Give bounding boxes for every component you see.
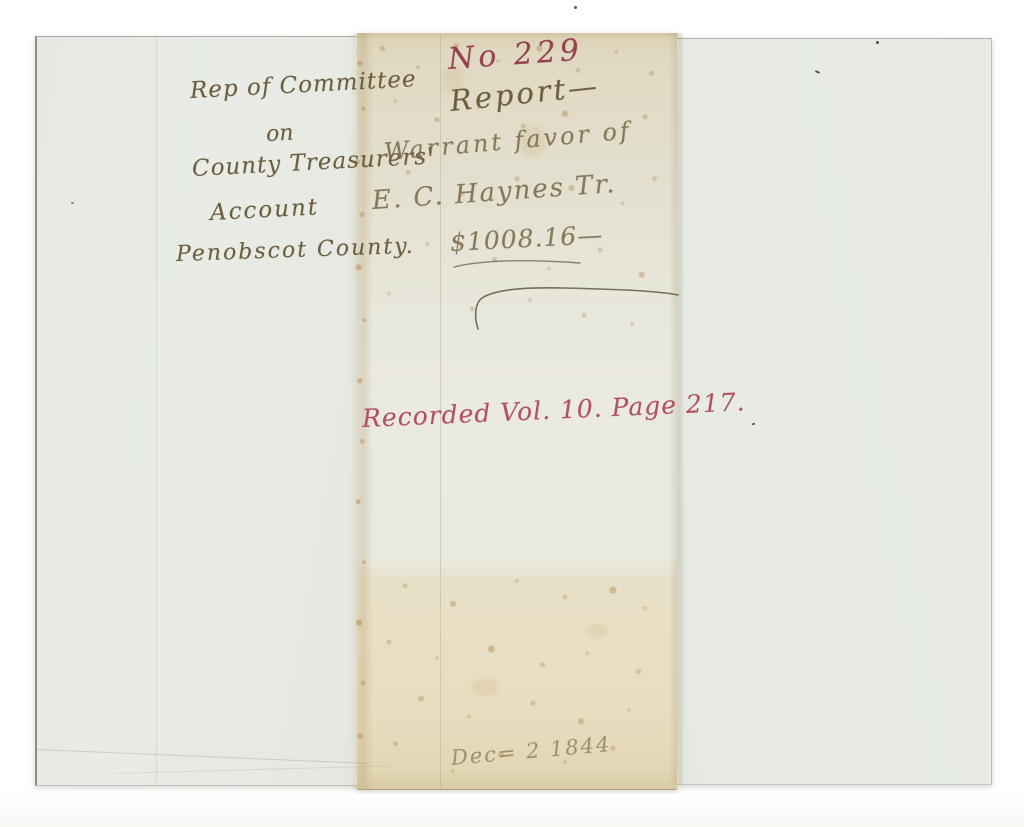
tally-checkmark xyxy=(468,276,686,332)
left-note-line-2: on xyxy=(265,121,294,147)
ink-speck xyxy=(876,41,879,44)
ink-speck xyxy=(574,6,577,9)
document-paper: No 229 Report— Rep of Committee on Count… xyxy=(35,33,991,789)
paper-panel-left xyxy=(35,36,359,786)
scan-lower-strip xyxy=(0,794,1024,827)
fold-crease xyxy=(156,37,157,783)
ink-speck xyxy=(71,202,74,204)
scan-background: No 229 Report— Rep of Committee on Count… xyxy=(0,0,1024,827)
amount-underline xyxy=(452,257,584,271)
